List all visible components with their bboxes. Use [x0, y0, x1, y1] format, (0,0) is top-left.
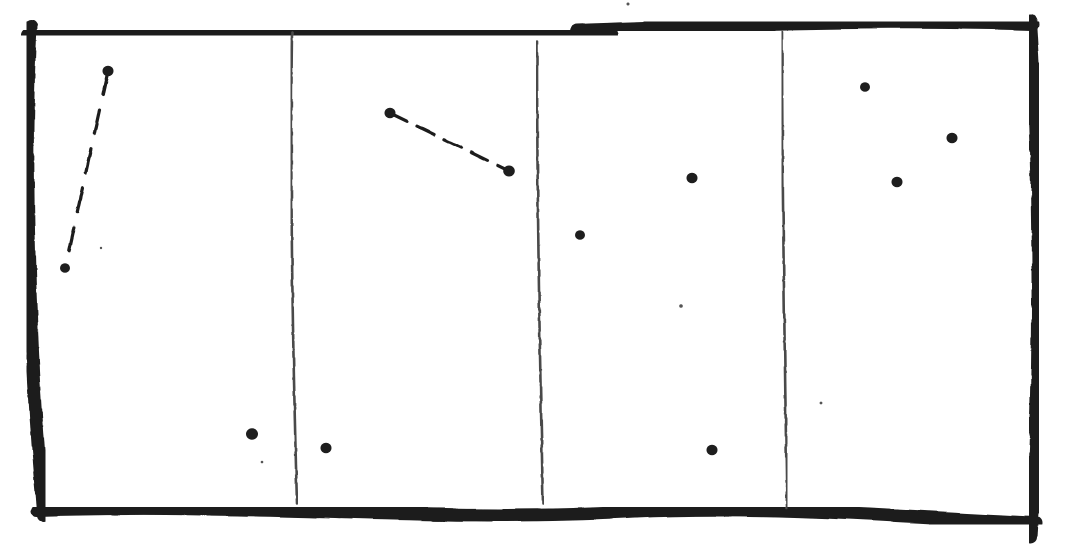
dashed-connectors	[65, 71, 509, 268]
data-dot-panel-1-3	[246, 428, 258, 439]
panel-dividers	[291, 32, 787, 508]
sketch-canvas	[0, 0, 1075, 560]
data-dot-panel-1-1	[103, 66, 114, 76]
frame-stroke-top-right-segment	[576, 22, 1032, 30]
dashed-connector-panel-2	[390, 113, 509, 171]
frame-stroke-top-left-segment	[28, 31, 612, 35]
data-dot-panel-4-3	[892, 177, 903, 187]
data-dots	[60, 66, 958, 455]
ink-specks	[100, 3, 823, 464]
data-dot-panel-3-1	[575, 230, 585, 240]
data-dot-panel-3-3	[707, 445, 718, 455]
data-dot-panel-1-2	[60, 263, 70, 273]
ink-speck-2	[261, 461, 264, 464]
data-dot-panel-2-1	[385, 108, 396, 118]
frame-stroke-right-side	[1030, 21, 1038, 537]
data-dot-panel-4-2	[947, 133, 958, 143]
ink-speck-4	[679, 304, 683, 308]
ink-speck-3	[627, 3, 630, 6]
data-dot-panel-2-2	[503, 165, 515, 176]
frame-stroke-bottom-side	[37, 508, 1036, 523]
panel-divider-1	[291, 32, 297, 504]
data-dot-panel-3-2	[687, 173, 698, 183]
ink-speck-1	[100, 247, 102, 249]
sketch-page	[0, 0, 1075, 560]
data-dot-panel-2-3	[321, 443, 332, 453]
ink-speck-5	[820, 402, 823, 405]
data-dot-panel-4-1	[860, 82, 870, 92]
panel-divider-3	[782, 32, 787, 508]
dashed-connector-panel-1	[65, 71, 108, 268]
frame-outline	[28, 21, 1038, 537]
panel-divider-2	[537, 41, 543, 504]
frame-stroke-left-side	[28, 26, 44, 515]
